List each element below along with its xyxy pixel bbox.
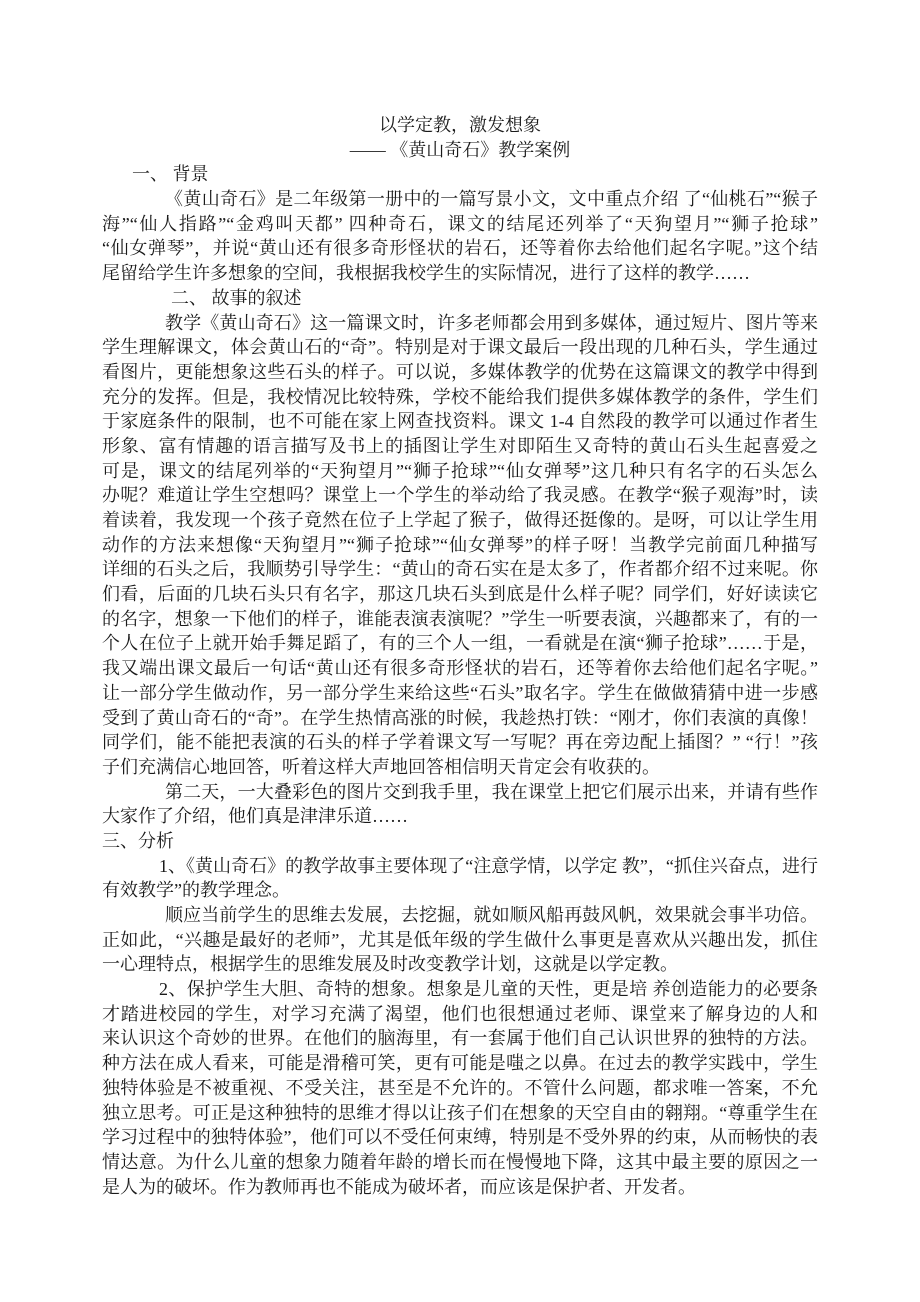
text-line: 《黄山奇石》是二年级第一册中的一篇写景小文，文中重点介绍 了“仙桃石”“猴子观 (102, 187, 818, 212)
text-line: 独特体验是不被重视、不受关注，甚至是不允许的。不管什么问题，都求唯一答案，不允许 (102, 1076, 818, 1101)
text-line: 动作的方法来想像“天狗望月”“狮子抢球”“仙女弹琴”的样子呀！当教学完前面几种描… (102, 533, 818, 558)
text-line: 学生理解课文，体会黄山石的“奇”。特别是对于课文最后一段出现的几种石头，学生通过 (102, 335, 818, 360)
text-line: 的名字，想象一下他们的样子，谁能表演表演呢？”学生一听要表演，兴趣都来了，有的一 (102, 607, 818, 632)
document-subtitle: —— 《黄山奇石》教学案例 (102, 138, 818, 163)
document-title: 以学定教，激发想象 (102, 113, 818, 138)
document-page: 以学定教，激发想象—— 《黄山奇石》教学案例一、 背景《黄山奇石》是二年级第一册… (0, 0, 920, 1302)
text-line: 2、保护学生大胆、奇特的想象。想象是儿童的天性，更是培 养创造能力的必要条件。 (102, 977, 818, 1002)
text-line: 充分的发挥。但是，我校情况比较特殊，学校不能给我们提供多媒体教学的条件，学生们由 (102, 385, 818, 410)
text-line: 是人为的破坏。作为教师再也不能成为破坏者，而应该是保护者、开发者。 (102, 1175, 818, 1200)
text-line: 大家作了介绍，他们真是津津乐道…… (102, 804, 818, 829)
section-heading: 三、分析 (102, 829, 818, 854)
text-line: 着读着，我发现一个孩子竟然在位子上学起了猴子，做得还挺像的。是呀，可以让学生用做 (102, 508, 818, 533)
text-line: 正如此，“兴趣是最好的老师”，尤其是低年级的学生做什么事更是喜欢从兴趣出发，抓住… (102, 928, 818, 953)
text-line: 尾留给学生许多想象的空间，我根据我校学生的实际情况，进行了这样的教学…… (102, 261, 818, 286)
text-line: 看图片，更能想象这些石头的样子。可以说，多媒体教学的优势在这篇课文的教学中得到了 (102, 360, 818, 385)
document-body: 以学定教，激发想象—— 《黄山奇石》教学案例一、 背景《黄山奇石》是二年级第一册… (102, 113, 818, 1199)
section-heading: 一、 背景 (102, 162, 818, 187)
text-line: 子们充满信心地回答，听着这样大声地回答相信明天肯定会有收获的。 (102, 755, 818, 780)
text-line: 独立思考。可正是这种独特的思维才得以让孩子们在想象的天空自由的翱翔。“尊重学生在 (102, 1101, 818, 1126)
text-line: 海”“仙人指路”“金鸡叫天都” 四种奇石，课文的结尾还列举了“天狗望月”“狮子抢… (102, 212, 818, 237)
section-heading: 二、 故事的叙述 (102, 286, 818, 311)
text-line: 种方法在成人看来，可能是滑稽可笑，更有可能是嗤之以鼻。在过去的教学实践中，学生的 (102, 1051, 818, 1076)
text-line: 让一部分学生做动作，另一部分学生来给这些“石头”取名字。学生在做做猜猜中进一步感 (102, 681, 818, 706)
text-line: 办呢？难道让学生空想吗？课堂上一个学生的举动给了我灵感。在教学“猴子观海”时，读 (102, 483, 818, 508)
text-line: 才踏进校园的学生，对学习充满了渴望，他们也很想通过老师、课堂来了解身边的人和事， (102, 1002, 818, 1027)
text-line: 1、《黄山奇石》的教学故事主要体现了“注意学情，以学定 教”，“抓住兴奋点，进行 (102, 854, 818, 879)
text-line: 顺应当前学生的思维去发展，去挖掘，就如顺风船再鼓风帆，效果就会事半功倍。事实 (102, 903, 818, 928)
text-line: 学习过程中的独特体验”，他们可以不受任何束缚，特别是不受外界的约束，从而畅快的表 (102, 1125, 818, 1150)
text-line: 情达意。为什么儿童的想象力随着年龄的增长而在慢慢地下降，这其中最主要的原因之一就 (102, 1150, 818, 1175)
text-line: “仙女弹琴”，并说“黄山还有很多奇形怪状的岩石，还等着你去给他们起名字呢。”这个… (102, 236, 818, 261)
text-line: 教学《黄山奇石》这一篇课文时，许多老师都会用到多媒体，通过短片、图片等来帮助 (102, 311, 818, 336)
text-line: 来认识这个奇妙的世界。在他们的脑海里，有一套属于他们自己认识世界的独特的方法。这 (102, 1026, 818, 1051)
text-line: 第二天，一大叠彩色的图片交到我手里，我在课堂上把它们展示出来，并请有些作者向 (102, 780, 818, 805)
text-line: 可是，课文的结尾列举的“天狗望月”“狮子抢球”“仙女弹琴”这几种只有名字的石头怎… (102, 459, 818, 484)
text-line: 们看，后面的几块石头只有名字，那这几块石头到底是什么样子呢？同学们，好好读读它们 (102, 582, 818, 607)
text-line: 有效教学”的教学理念。 (102, 878, 818, 903)
text-line: 于家庭条件的限制，也不可能在家上网查找资料。课文 1-4 自然段的教学可以通过作… (102, 409, 818, 434)
text-line: 详细的石头之后，我顺势引导学生：“黄山的奇石实在是太多了，作者都介绍不过来呢。你 (102, 557, 818, 582)
text-line: 我又端出课文最后一句话“黄山还有很多奇形怪状的岩石，还等着你去给他们起名字呢。” (102, 656, 818, 681)
text-line: 个人在位子上就开始手舞足蹈了，有的三个人一组，一看就是在演“狮子抢球”……于是， (102, 631, 818, 656)
text-line: 一心理特点，根据学生的思维发展及时改变教学计划，这就是以学定教。 (102, 952, 818, 977)
text-line: 受到了黄山奇石的“奇”。在学生热情高涨的时候，我趁热打铁：“刚才，你们表演的真像… (102, 706, 818, 731)
text-line: 形象、富有情趣的语言描写及书上的插图让学生对即陌生又奇特的黄山石头生起喜爱之情。 (102, 434, 818, 459)
text-line: 同学们，能不能把表演的石头的样子学着课文写一写呢？再在旁边配上插图？” “行！”… (102, 730, 818, 755)
